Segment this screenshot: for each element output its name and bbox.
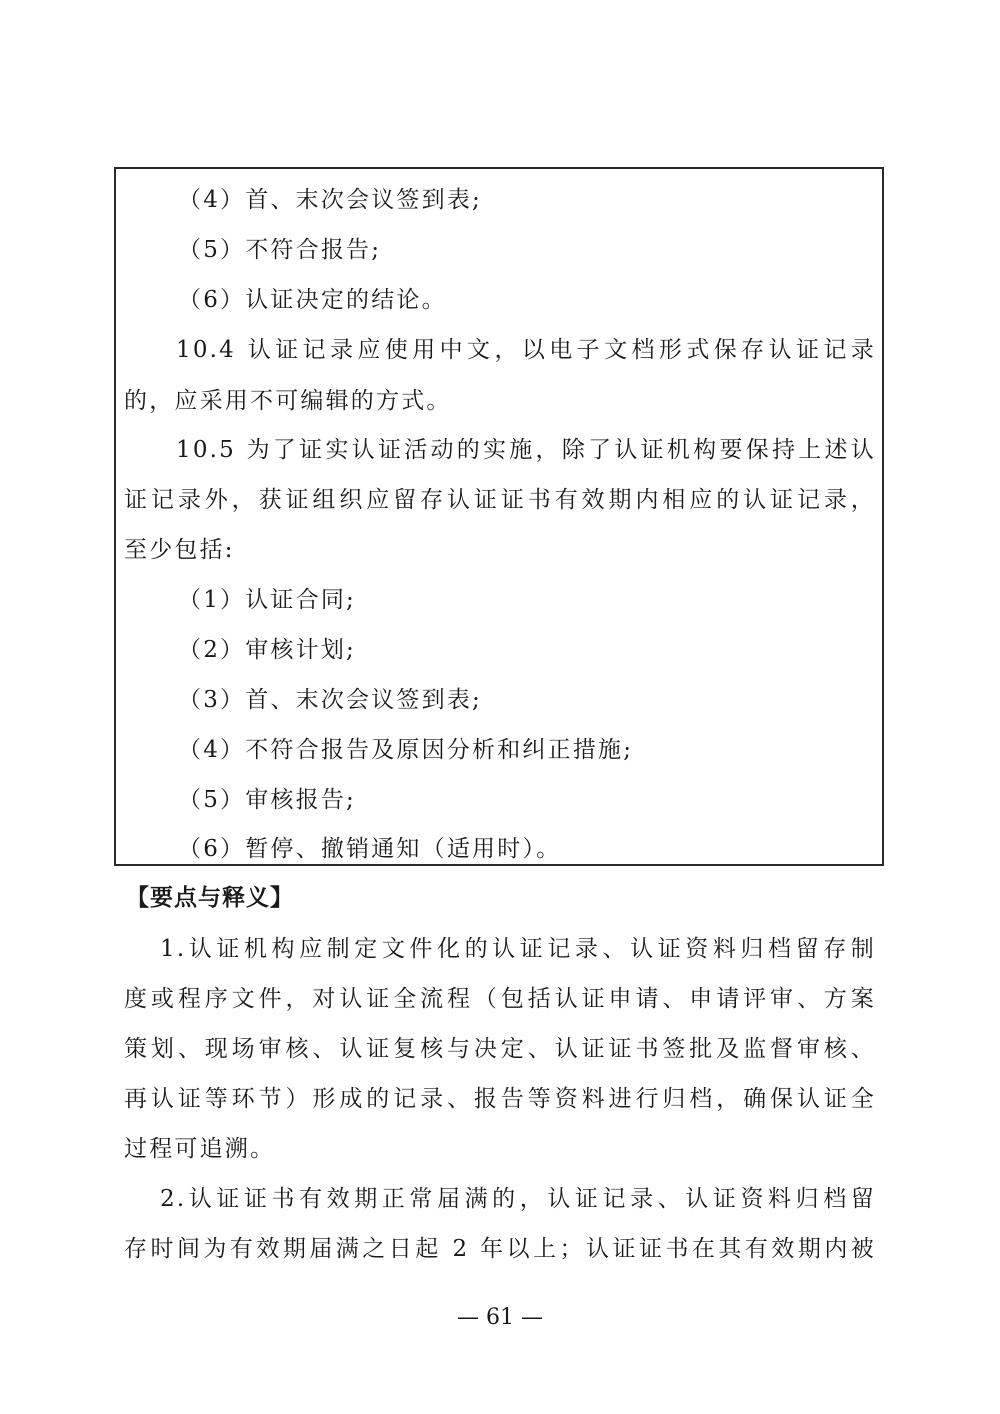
list-item: （3）首、末次会议签到表; xyxy=(178,685,482,715)
para1-line: 1.认证机构应制定文件化的认证记录、认证资料归档留存制 xyxy=(160,934,876,964)
clause-10-5-line3: 至少包括: xyxy=(124,535,235,565)
para1-line: 策划、现场审核、认证复核与决定、认证证书签批及监督审核、 xyxy=(124,1034,876,1064)
clause-10-4-line2: 的，应采用不可编辑的方式。 xyxy=(124,386,452,416)
list-item: （6）认证决定的结论。 xyxy=(178,285,447,315)
para2-line: 2.认证证书有效期正常届满的，认证记录、认证资料归档留 xyxy=(160,1184,876,1214)
clause-10-5-line2: 证记录外，获证组织应留存认证证书有效期内相应的认证记录， xyxy=(124,485,876,515)
clause-10-5-line1: 10.5 为了证实认证活动的实施，除了认证机构要保持上述认 xyxy=(176,435,876,465)
list-item: （4）不符合报告及原因分析和纠正措施; xyxy=(178,735,633,765)
list-item: （4）首、末次会议签到表; xyxy=(178,185,482,215)
list-item: （5）审核报告; xyxy=(178,785,356,815)
list-item: （1）认证合同; xyxy=(178,585,356,615)
list-item: （2）审核计划; xyxy=(178,635,356,665)
document-page: （4）首、末次会议签到表; （5）不符合报告; （6）认证决定的结论。 10.4… xyxy=(0,0,1000,1414)
list-item: （6）暂停、撤销通知（适用时）。 xyxy=(178,834,561,864)
para2-line: 存时间为有效期届满之日起 2 年以上；认证证书在其有效期内被 xyxy=(124,1234,876,1264)
para1-line: 再认证等环节）形成的记录、报告等资料进行归档，确保认证全 xyxy=(124,1084,876,1114)
page-number: — 61 — xyxy=(0,1303,1000,1333)
clause-10-4-line1: 10.4 认证记录应使用中文，以电子文档形式保存认证记录 xyxy=(176,335,876,365)
para1-line: 过程可追溯。 xyxy=(124,1134,275,1164)
para1-line: 度或程序文件，对认证全流程（包括认证申请、申请评审、方案 xyxy=(124,984,876,1014)
section-heading: 【要点与释义】 xyxy=(126,883,294,913)
list-item: （5）不符合报告; xyxy=(178,235,381,265)
